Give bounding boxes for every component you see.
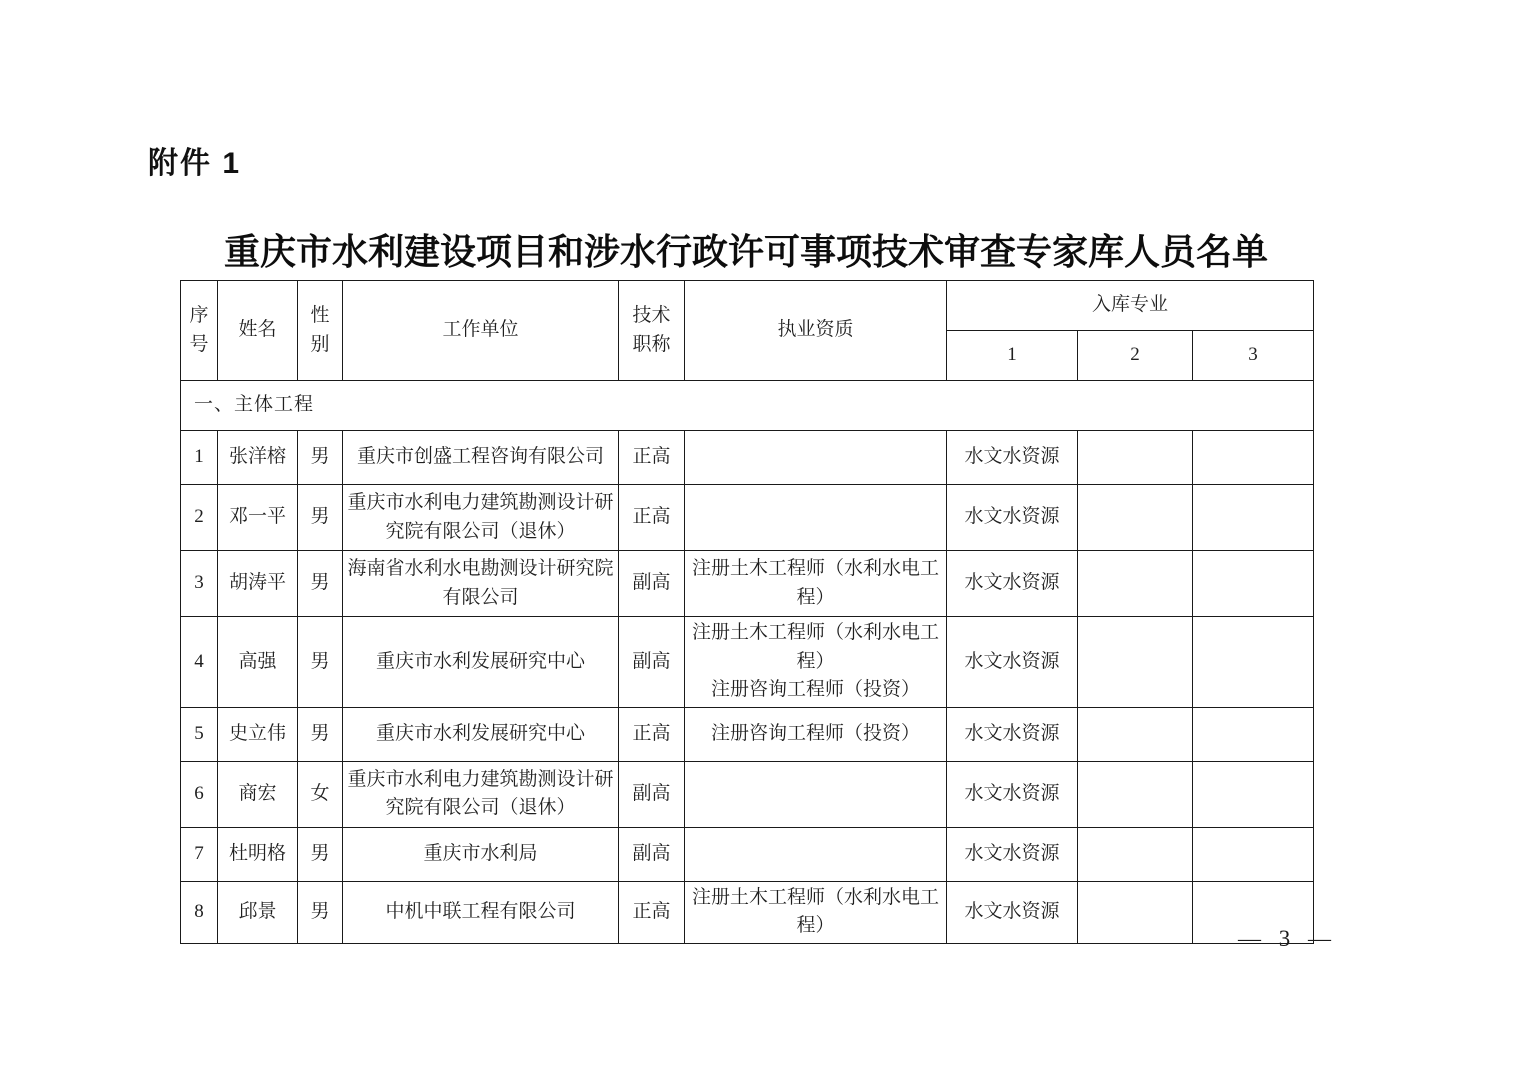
cell-tech-title: 副高 <box>619 617 685 708</box>
cell-name: 邱景 <box>218 881 298 943</box>
table-row: 6 商宏 女 重庆市水利电力建筑勘测设计研究院有限公司（退休） 副高 水文水资源 <box>181 761 1314 827</box>
cell-tech-title: 副高 <box>619 827 685 881</box>
cell-specialty-1: 水文水资源 <box>947 617 1078 708</box>
cell-work-unit: 中机中联工程有限公司 <box>343 881 619 943</box>
cell-specialty-2 <box>1078 707 1193 761</box>
cell-specialty-2 <box>1078 617 1193 708</box>
cell-index: 8 <box>181 881 218 943</box>
cell-index: 7 <box>181 827 218 881</box>
cell-specialty-1: 水文水资源 <box>947 431 1078 485</box>
cell-work-unit: 重庆市水利电力建筑勘测设计研究院有限公司（退休） <box>343 761 619 827</box>
header-name: 姓名 <box>218 281 298 381</box>
cell-gender: 男 <box>298 617 343 708</box>
cell-gender: 男 <box>298 431 343 485</box>
cell-specialty-1: 水文水资源 <box>947 485 1078 551</box>
cell-work-unit: 海南省水利水电勘测设计研究院有限公司 <box>343 551 619 617</box>
cell-name: 张洋榕 <box>218 431 298 485</box>
table-row: 5 史立伟 男 重庆市水利发展研究中心 正高 注册咨询工程师（投资） 水文水资源 <box>181 707 1314 761</box>
cell-gender: 男 <box>298 881 343 943</box>
cell-tech-title: 副高 <box>619 761 685 827</box>
cell-gender: 男 <box>298 707 343 761</box>
cell-name: 邓一平 <box>218 485 298 551</box>
cell-tech-title: 正高 <box>619 881 685 943</box>
cell-name: 史立伟 <box>218 707 298 761</box>
cell-specialty-2 <box>1078 761 1193 827</box>
cell-qualification: 注册咨询工程师（投资） <box>685 707 947 761</box>
cell-specialty-2 <box>1078 881 1193 943</box>
cell-qualification <box>685 485 947 551</box>
cell-gender: 男 <box>298 485 343 551</box>
header-tech-title: 技术 职称 <box>619 281 685 381</box>
cell-specialty-1: 水文水资源 <box>947 761 1078 827</box>
cell-index: 5 <box>181 707 218 761</box>
page-number: — 3 — <box>1238 926 1337 952</box>
cell-gender: 女 <box>298 761 343 827</box>
section-row: 一、主体工程 <box>181 381 1314 431</box>
header-gender: 性 别 <box>298 281 343 381</box>
cell-name: 高强 <box>218 617 298 708</box>
cell-gender: 男 <box>298 827 343 881</box>
table-row: 1 张洋榕 男 重庆市创盛工程咨询有限公司 正高 水文水资源 <box>181 431 1314 485</box>
document-title: 重庆市水利建设项目和涉水行政许可事项技术审查专家库人员名单 <box>180 224 1312 275</box>
cell-tech-title: 正高 <box>619 707 685 761</box>
cell-qualification <box>685 827 947 881</box>
header-specialty-2: 2 <box>1078 331 1193 381</box>
cell-index: 6 <box>181 761 218 827</box>
cell-qualification: 注册土木工程师（水利水电工程） <box>685 551 947 617</box>
header-specialty-group: 入库专业 <box>947 281 1314 331</box>
experts-table: 序 号 姓名 性 别 工作单位 技术 职称 执业资质 入库专业 1 2 3 一、… <box>180 280 1314 944</box>
attachment-label: 附件 1 <box>148 138 241 182</box>
cell-specialty-2 <box>1078 485 1193 551</box>
cell-name: 胡涛平 <box>218 551 298 617</box>
cell-tech-title: 副高 <box>619 551 685 617</box>
cell-specialty-3 <box>1193 617 1314 708</box>
table-row: 8 邱景 男 中机中联工程有限公司 正高 注册土木工程师（水利水电工程） 水文水… <box>181 881 1314 943</box>
cell-index: 4 <box>181 617 218 708</box>
cell-work-unit: 重庆市水利局 <box>343 827 619 881</box>
cell-index: 3 <box>181 551 218 617</box>
table-row: 3 胡涛平 男 海南省水利水电勘测设计研究院有限公司 副高 注册土木工程师（水利… <box>181 551 1314 617</box>
cell-tech-title: 正高 <box>619 485 685 551</box>
header-specialty-1: 1 <box>947 331 1078 381</box>
cell-specialty-1: 水文水资源 <box>947 551 1078 617</box>
table-row: 7 杜明格 男 重庆市水利局 副高 水文水资源 <box>181 827 1314 881</box>
header-qualification: 执业资质 <box>685 281 947 381</box>
cell-specialty-3 <box>1193 431 1314 485</box>
cell-work-unit: 重庆市水利电力建筑勘测设计研究院有限公司（退休） <box>343 485 619 551</box>
header-row-top: 序 号 姓名 性 别 工作单位 技术 职称 执业资质 入库专业 <box>181 281 1314 331</box>
cell-specialty-3 <box>1193 827 1314 881</box>
table-row: 2 邓一平 男 重庆市水利电力建筑勘测设计研究院有限公司（退休） 正高 水文水资… <box>181 485 1314 551</box>
cell-name: 杜明格 <box>218 827 298 881</box>
cell-index: 1 <box>181 431 218 485</box>
header-specialty-3: 3 <box>1193 331 1314 381</box>
header-work-unit: 工作单位 <box>343 281 619 381</box>
cell-work-unit: 重庆市水利发展研究中心 <box>343 617 619 708</box>
cell-index: 2 <box>181 485 218 551</box>
cell-specialty-2 <box>1078 551 1193 617</box>
cell-specialty-1: 水文水资源 <box>947 827 1078 881</box>
table-row: 4 高强 男 重庆市水利发展研究中心 副高 注册土木工程师（水利水电工程） 注册… <box>181 617 1314 708</box>
cell-specialty-3 <box>1193 485 1314 551</box>
cell-work-unit: 重庆市创盛工程咨询有限公司 <box>343 431 619 485</box>
section-label: 一、主体工程 <box>181 381 1314 431</box>
table-header: 序 号 姓名 性 别 工作单位 技术 职称 执业资质 入库专业 1 2 3 <box>181 281 1314 381</box>
cell-qualification: 注册土木工程师（水利水电工程） 注册咨询工程师（投资） <box>685 617 947 708</box>
cell-tech-title: 正高 <box>619 431 685 485</box>
cell-name: 商宏 <box>218 761 298 827</box>
cell-qualification <box>685 761 947 827</box>
cell-gender: 男 <box>298 551 343 617</box>
cell-specialty-1: 水文水资源 <box>947 881 1078 943</box>
document-page: 附件 1 重庆市水利建设项目和涉水行政许可事项技术审查专家库人员名单 序 号 姓… <box>0 0 1520 1074</box>
cell-specialty-3 <box>1193 761 1314 827</box>
cell-specialty-2 <box>1078 431 1193 485</box>
cell-qualification: 注册土木工程师（水利水电工程） <box>685 881 947 943</box>
cell-work-unit: 重庆市水利发展研究中心 <box>343 707 619 761</box>
cell-specialty-2 <box>1078 827 1193 881</box>
header-index: 序 号 <box>181 281 218 381</box>
cell-specialty-3 <box>1193 707 1314 761</box>
cell-specialty-3 <box>1193 551 1314 617</box>
cell-qualification <box>685 431 947 485</box>
cell-specialty-1: 水文水资源 <box>947 707 1078 761</box>
